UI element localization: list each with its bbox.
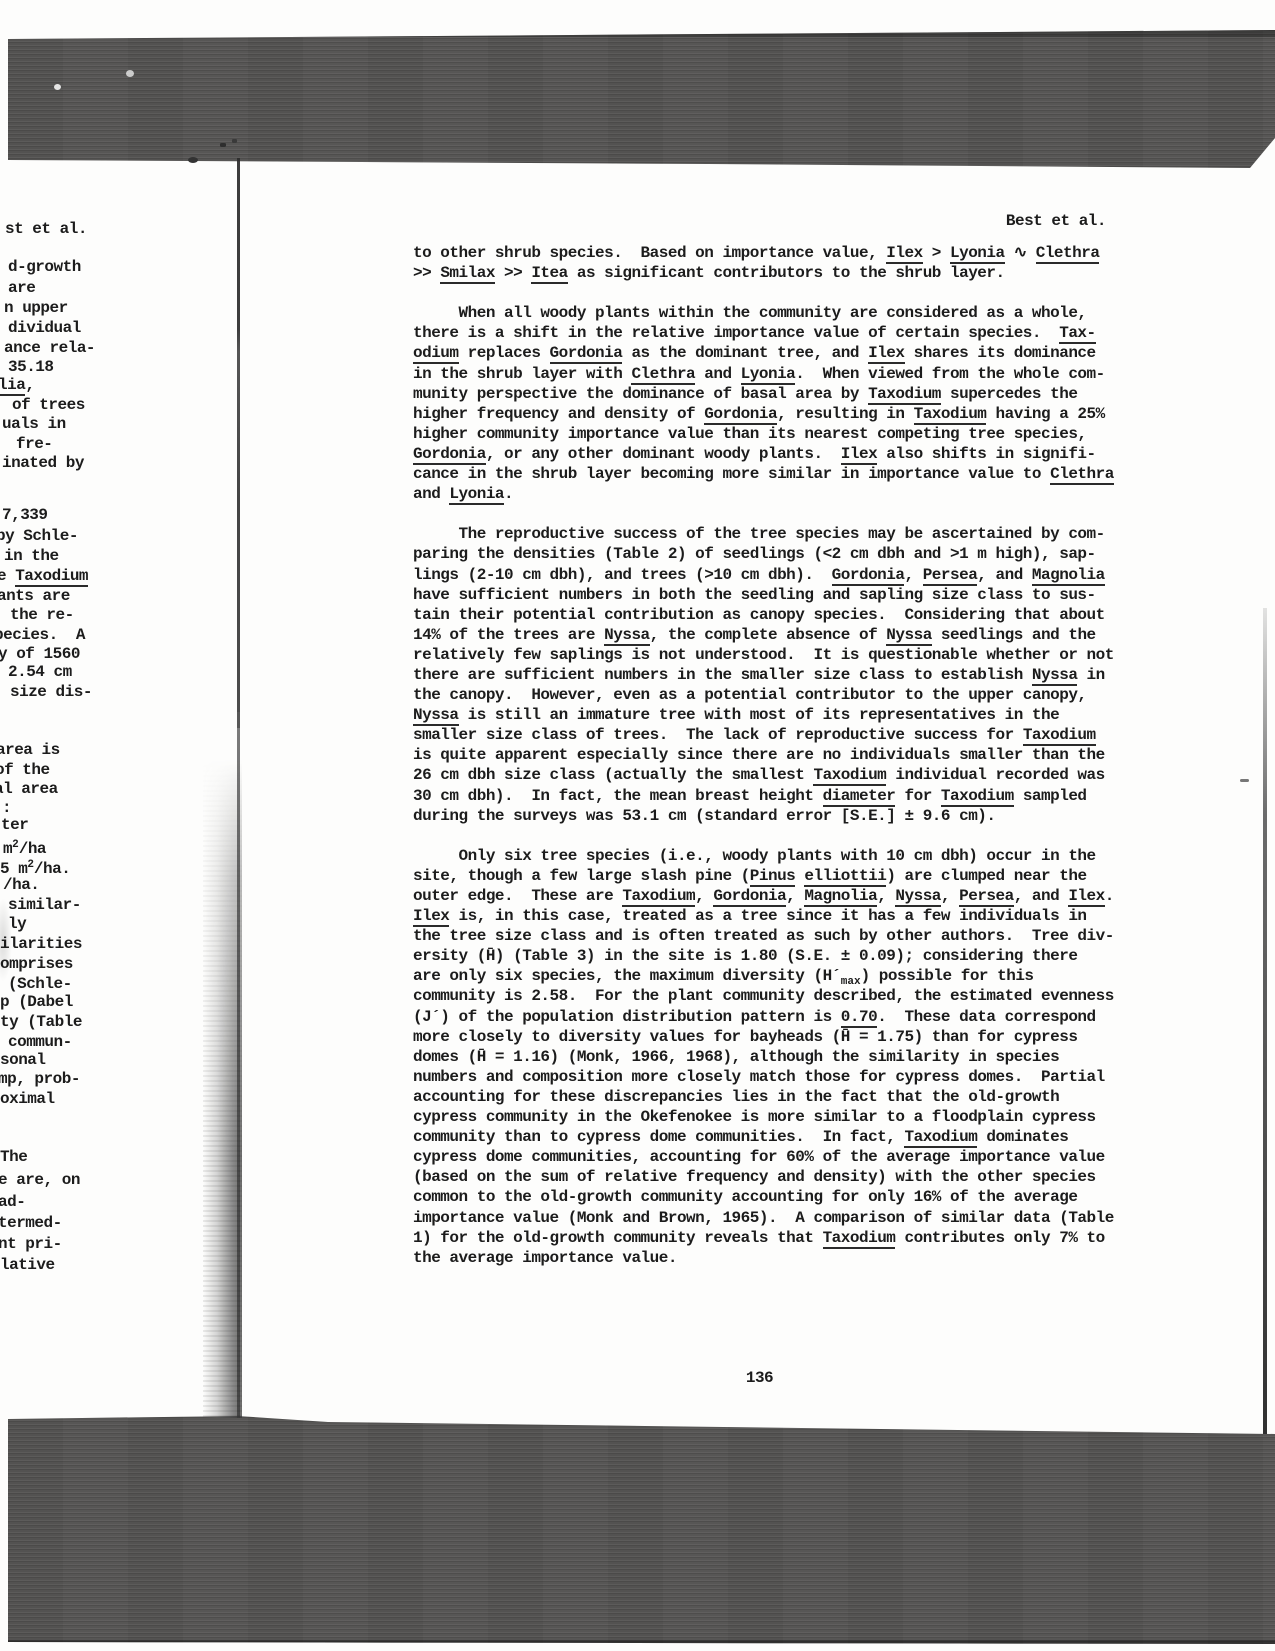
left-fragment-line: 7,339	[2, 505, 48, 525]
left-fragment-line: dividual	[8, 318, 81, 338]
text-line: lings (2-10 cm dbh), and trees (>10 cm d…	[413, 565, 1153, 585]
text-line: cypress dome communities, accounting for…	[413, 1147, 1153, 1167]
text-line: (J´) of the population distribution patt…	[413, 1007, 1153, 1027]
text-line: to other shrub species. Based on importa…	[413, 243, 1153, 263]
left-fragment-line: ance rela-	[4, 338, 95, 358]
left-fragment-line: omprises	[0, 954, 73, 974]
scanner-band-bottom-edge	[8, 1640, 1275, 1645]
text-line: smaller size class of trees. The lack of…	[413, 725, 1153, 745]
left-fragment-line: ad-	[0, 1192, 25, 1212]
scan-speck	[1240, 779, 1249, 782]
page-number: 136	[413, 1369, 1106, 1387]
text-line: munity perspective the dominance of basa…	[413, 384, 1153, 404]
scanner-band-top	[8, 30, 1275, 172]
left-fragment-line: in the	[4, 546, 59, 566]
text-line: common to the old-growth community accou…	[413, 1187, 1153, 1207]
left-fragment-line: size dis-	[10, 682, 92, 702]
left-fragment-line: similar-	[8, 895, 81, 915]
text-line: community than to cypress dome communiti…	[413, 1127, 1153, 1147]
text-line: >> Smilax >> Itea as significant contrib…	[413, 263, 1153, 283]
left-fragment-line: lative	[0, 1255, 55, 1275]
left-fragment-line: oximal	[0, 1089, 55, 1109]
text-line: Ilex is, in this case, treated as a tree…	[413, 906, 1153, 926]
left-fragment-line: ilarities	[0, 934, 82, 954]
text-line: 26 cm dbh size class (actually the small…	[413, 765, 1153, 785]
text-line: odium replaces Gordonia as the dominant …	[413, 343, 1153, 363]
left-fragment-line: e are, on	[0, 1170, 80, 1190]
text-line: tain their potential contribution as can…	[413, 605, 1153, 625]
left-fragment-line: 2.54 cm	[8, 662, 72, 682]
left-fragment-line: (Schle-	[8, 974, 72, 994]
text-line: cance in the shrub layer becoming more s…	[413, 464, 1153, 484]
text-line: Only six tree species (i.e., woody plant…	[413, 846, 1153, 866]
left-fragment-line: y of 1560	[0, 644, 80, 664]
text-line: domes (H̄ = 1.16) (Monk, 1966, 1968), al…	[413, 1047, 1153, 1067]
text-line: Nyssa is still an immature tree with mos…	[413, 705, 1153, 725]
scanner-band-bottom	[8, 1413, 1275, 1648]
left-fragment-line: al area	[0, 779, 58, 799]
left-fragment-line: ty (Table	[0, 1012, 82, 1032]
text-line: community is 2.58. For the plant communi…	[413, 986, 1153, 1006]
left-fragment-line: ly	[8, 914, 26, 934]
left-fragment-line: sonal	[0, 1050, 46, 1070]
scan-speck	[232, 139, 237, 143]
left-fragment-line: ter	[1, 815, 28, 835]
left-fragment-line: by Schle-	[0, 526, 78, 546]
text-line: outer edge. These are Taxodium, Gordonia…	[413, 886, 1153, 906]
text-line: The reproductive success of the tree spe…	[413, 524, 1153, 544]
page-header-author: Best et al.	[413, 212, 1106, 230]
main-text-column: to other shrub species. Based on importa…	[413, 243, 1153, 1268]
left-fragment-line: The	[0, 1147, 27, 1167]
text-line: relatively few saplings is not understoo…	[413, 645, 1153, 665]
text-line: in the shrub layer with Clethra and Lyon…	[413, 364, 1153, 384]
text-line: paring the densities (Table 2) of seedli…	[413, 544, 1153, 564]
scan-speck	[220, 143, 226, 147]
text-line: Gordonia, or any other dominant woody pl…	[413, 444, 1153, 464]
left-fragment-line: p (Dabel	[0, 992, 73, 1012]
text-line: ersity (H̄) (Table 3) in the site is 1.8…	[413, 946, 1153, 966]
text-line: 30 cm dbh). In fact, the mean breast hei…	[413, 786, 1153, 806]
left-fragment-line: inated by	[2, 453, 84, 473]
text-line: higher community importance value than i…	[413, 424, 1153, 444]
left-fragment-line: commun-	[8, 1032, 72, 1052]
left-fragment-line: pecies. A	[0, 625, 85, 645]
text-line: more closely to diversity values for bay…	[413, 1027, 1153, 1047]
text-line: the canopy. However, even as a potential…	[413, 685, 1153, 705]
text-line: and Lyonia.	[413, 484, 1153, 504]
text-line: When all woody plants within the communi…	[413, 303, 1153, 323]
left-fragment-line: uals in	[2, 414, 66, 434]
text-line: the tree size class and is often treated…	[413, 926, 1153, 946]
page-right-edge-shadow	[1263, 608, 1267, 1434]
left-fragment-line: nt pri-	[0, 1234, 62, 1254]
left-fragment-line: e Taxodium	[0, 566, 88, 586]
left-fragment-line: termed-	[0, 1213, 62, 1233]
text-line: importance value (Monk and Brown, 1965).…	[413, 1208, 1153, 1228]
text-line: higher frequency and density of Gordonia…	[413, 404, 1153, 424]
left-fragment-line: lia,	[0, 375, 34, 395]
scan-speck	[188, 157, 198, 163]
left-fragment-line: /ha.	[3, 875, 39, 895]
left-fragment-line: are	[8, 278, 35, 298]
left-fragment-line: mp, prob-	[0, 1069, 80, 1089]
gutter-shadow-smudge	[203, 760, 242, 1418]
text-line: accounting for these discrepancies lies …	[413, 1087, 1153, 1107]
left-fragment-line: of trees	[12, 395, 85, 415]
left-fragment-line: ants are	[0, 586, 70, 606]
paragraph-gap	[413, 826, 1153, 846]
text-line: are only six species, the maximum divers…	[413, 966, 1153, 986]
text-line: there are sufficient numbers in the smal…	[413, 665, 1153, 685]
text-line: have sufficient numbers in both the seed…	[413, 585, 1153, 605]
left-fragment-line: n upper	[4, 298, 68, 318]
text-line: (based on the sum of relative frequency …	[413, 1167, 1153, 1187]
paragraph-gap	[413, 283, 1153, 303]
text-line: 14% of the trees are Nyssa, the complete…	[413, 625, 1153, 645]
text-line: the average importance value.	[413, 1248, 1153, 1268]
scan-white-speck	[54, 84, 61, 90]
scanner-band-top-edge	[8, 30, 1275, 37]
paragraph-gap	[413, 504, 1153, 524]
text-line: 1) for the old-growth community reveals …	[413, 1228, 1153, 1248]
text-line: is quite apparent especially since there…	[413, 745, 1153, 765]
text-line: cypress community in the Okefenokee is m…	[413, 1107, 1153, 1127]
text-line: during the surveys was 53.1 cm (standard…	[413, 806, 1153, 826]
left-fragment-line: area is	[0, 740, 60, 760]
left-fragment-line: 35.18	[8, 357, 54, 377]
left-fragment-line: of the	[0, 760, 50, 780]
scanned-page: st et al.d-growtharen upperdividualance …	[0, 0, 1275, 1651]
gutter-shadow-line	[237, 158, 240, 728]
scan-white-speck	[126, 70, 134, 77]
left-fragment-line: d-growth	[8, 257, 81, 277]
text-line: site, though a few large slash pine (Pin…	[413, 866, 1153, 886]
left-fragment-line: fre-	[16, 434, 52, 454]
left-fragment-line: st et al.	[5, 219, 87, 239]
text-line: numbers and composition more closely mat…	[413, 1067, 1153, 1087]
text-line: there is a shift in the relative importa…	[413, 323, 1153, 343]
left-fragment-line: the re-	[10, 605, 74, 625]
